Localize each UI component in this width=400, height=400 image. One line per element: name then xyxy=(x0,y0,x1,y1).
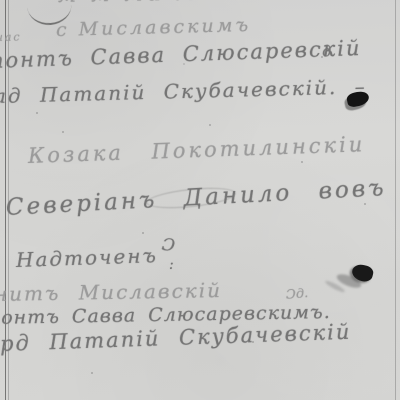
handwriting-mark: д xyxy=(321,42,333,61)
handwriting-mark: Ɔ xyxy=(161,235,176,256)
handwriting-mark: Ɔд. xyxy=(285,286,309,303)
right-ruled-line xyxy=(395,0,396,400)
handwriting-line: понтъ Савва Слюсаревскiй xyxy=(0,36,362,73)
handwriting-line: Северiанъ Данило вовъ xyxy=(5,175,387,221)
handwriting-fragment-left: час xyxy=(0,31,22,44)
handwriting-line: ад Патапiй Скубачевскiй. – xyxy=(0,74,367,108)
paper-speck xyxy=(183,63,185,65)
paper-speck xyxy=(364,203,366,205)
scanned-register-page: м м ми м час с Миславскимъ понтъ Савва С… xyxy=(0,0,400,400)
paper-speck xyxy=(321,56,323,58)
ink-blot-mid-right xyxy=(338,262,376,294)
paper-speck xyxy=(209,124,211,126)
paper-speck xyxy=(91,372,93,374)
paper-speck xyxy=(36,112,38,114)
paper-speck xyxy=(142,232,144,234)
paper-speck xyxy=(252,341,254,343)
handwriting-mark: : xyxy=(169,257,174,273)
handwriting-line: нитъ Миславскiй xyxy=(0,278,222,306)
paper-speck xyxy=(301,161,303,163)
handwriting-line: Надточенъ xyxy=(16,243,159,272)
handwriting-line: с Миславскимъ xyxy=(56,14,252,41)
handwriting-line-cutoff-top: м м ми м xyxy=(58,0,199,8)
paper-speck xyxy=(62,131,64,133)
handwriting-line: Козака Покотилинскiи xyxy=(28,132,366,168)
